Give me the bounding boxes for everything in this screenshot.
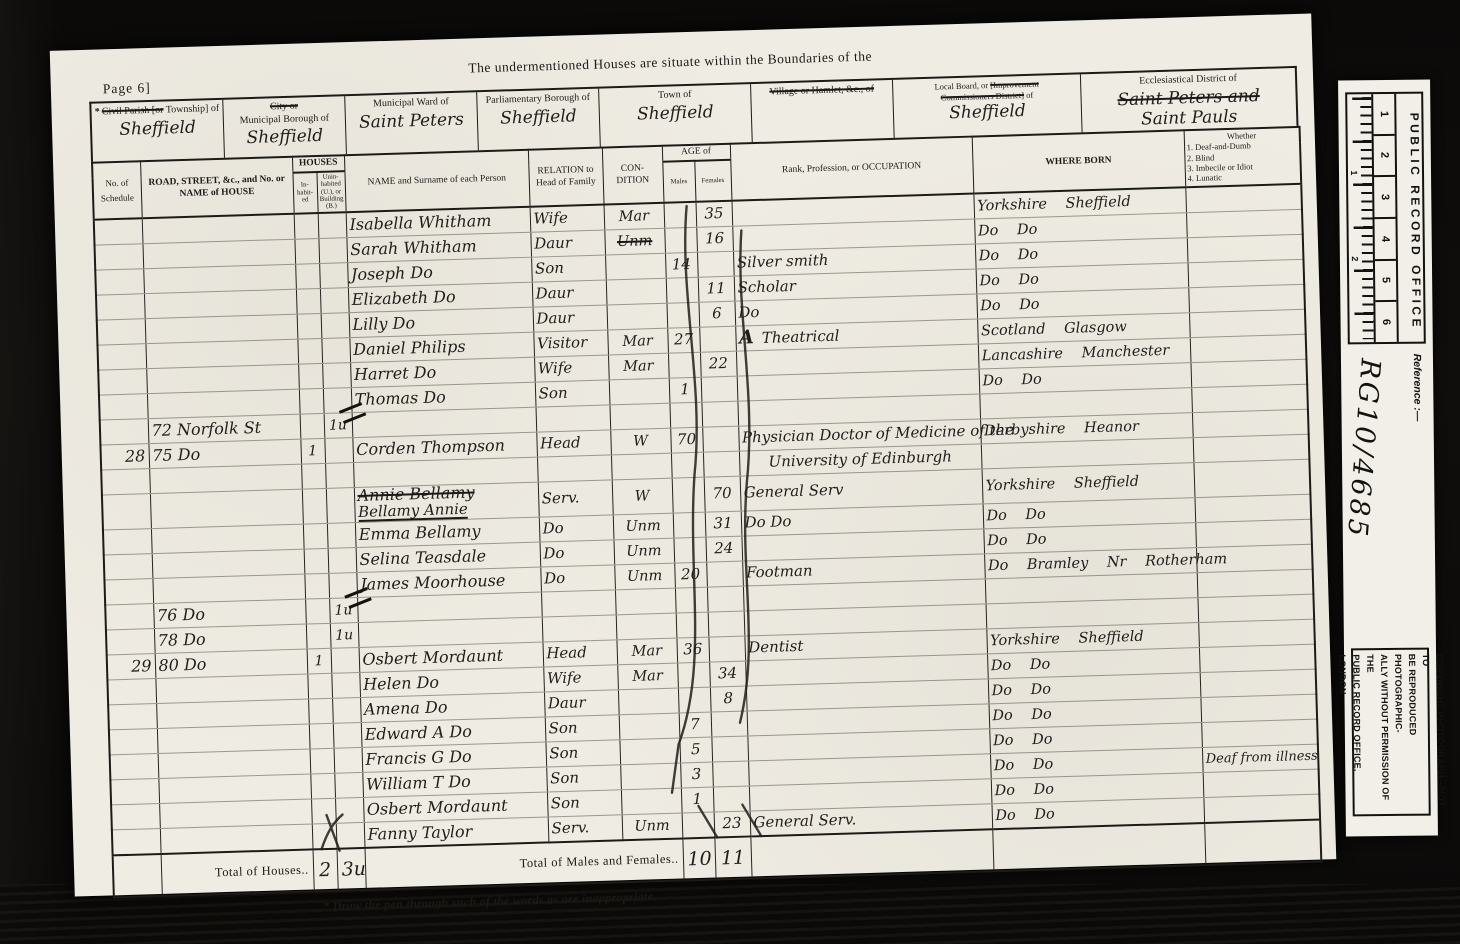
cell-age-f xyxy=(706,561,743,587)
cell-inh xyxy=(307,673,332,699)
cell-schedule xyxy=(102,494,151,530)
situate-line: The undermentioned Houses are situate wi… xyxy=(468,49,872,77)
cell-age-f: 22 xyxy=(700,351,737,377)
cell-relation: Son xyxy=(535,380,610,407)
cell-infirmity xyxy=(1190,334,1307,362)
cell-age-f: 70 xyxy=(704,476,741,512)
cell-condition: Mar xyxy=(616,638,677,665)
cell-uninh xyxy=(321,338,350,364)
cell-uninh xyxy=(320,288,349,314)
cell-age-m: 5 xyxy=(679,737,712,763)
cell-inh xyxy=(302,488,327,524)
cell-condition xyxy=(619,713,680,740)
cell-condition xyxy=(620,763,681,790)
list-item: 6 xyxy=(1375,302,1396,342)
cell-age-m: 3 xyxy=(680,762,713,788)
cell-inh xyxy=(296,288,321,314)
cell-schedule xyxy=(112,828,161,855)
col-males: Males xyxy=(662,160,695,202)
cell-infirmity xyxy=(1203,794,1320,823)
cell-condition: Mar xyxy=(607,328,668,355)
col-road: ROAD, STREET, &c., and No. or NAME of HO… xyxy=(140,157,294,218)
cell-infirmity xyxy=(1187,234,1304,262)
cell-age-m xyxy=(668,352,701,378)
cell-uninh xyxy=(334,747,363,773)
box-value: Sheffield xyxy=(896,102,1079,125)
cell-age-f xyxy=(701,401,738,427)
cell-condition: Unm xyxy=(614,563,675,590)
public-record-office-strip: 1 2 123456 PUBLIC RECORD OFFICE Referenc… xyxy=(1338,80,1438,837)
cell-name: Annie BellamyBellamy Annie xyxy=(354,482,539,522)
infirmity-list: 1. Deaf-and-Dumb2. Blind3. Imbecile or I… xyxy=(1186,139,1298,183)
cell-schedule xyxy=(109,728,158,754)
cell-inh xyxy=(299,388,324,414)
cell-age-m: 1 xyxy=(681,787,714,813)
ruler-inch-label: 2 xyxy=(1350,256,1360,261)
total-males: 10 xyxy=(682,837,715,880)
total-houses-label: Total of Houses.. xyxy=(161,849,314,895)
cell-inh xyxy=(294,238,319,264)
cell-age-f xyxy=(702,426,739,452)
cell-age-f xyxy=(712,761,749,787)
cell-relation xyxy=(536,405,611,432)
pro-title: PUBLIC RECORD OFFICE xyxy=(1396,94,1424,342)
box-label: Village or Hamlet, &c., of xyxy=(753,83,890,100)
cell-age-f xyxy=(711,711,748,737)
cell-age-m xyxy=(669,402,702,428)
cell-blank xyxy=(1204,819,1321,864)
cell-condition xyxy=(607,303,668,330)
cell-infirmity xyxy=(1189,309,1306,337)
cell-age-f: 35 xyxy=(696,201,733,228)
col-name: NAME and Surname of each Person xyxy=(344,150,530,212)
box-municipal-ward: Municipal Ward of Saint Peters xyxy=(345,92,479,154)
cell-relation: Do xyxy=(540,540,615,567)
cell-schedule xyxy=(107,678,156,704)
cell-age-f: 34 xyxy=(709,661,746,687)
cell-relation: Daur xyxy=(544,690,619,717)
cell-inh xyxy=(301,463,326,489)
box-label: *Civil Parish [or Township] of xyxy=(93,103,220,119)
cell-age-f xyxy=(707,586,744,612)
col-inhabited: In-habit-ed xyxy=(292,172,317,214)
col-occupation: Rank, Profession, or OCCUPATION xyxy=(730,137,974,201)
box-municipal-borough: City orMunicipal Borough of Sheffield xyxy=(223,96,347,158)
cell-uninh xyxy=(331,672,360,698)
cell-schedule xyxy=(103,529,152,555)
cell-uninh: 1u xyxy=(330,622,359,648)
cell-condition: Mar xyxy=(608,353,669,380)
box-label: Parliamentary Borough of xyxy=(479,92,596,108)
cell-infirmity xyxy=(1188,284,1305,312)
cell-age-m xyxy=(677,662,710,688)
cell-age-m: 70 xyxy=(670,427,703,453)
cell-schedule xyxy=(110,778,159,804)
cell-inh xyxy=(295,263,320,289)
cell-age-f xyxy=(713,786,750,812)
box-value xyxy=(754,98,891,102)
box-value: Sheffield xyxy=(602,103,749,125)
box-value: Saint Peters xyxy=(348,111,475,133)
box-value: Sheffield xyxy=(480,107,597,128)
cell-condition xyxy=(609,378,670,405)
cell-age-f: 8 xyxy=(710,686,747,712)
cell-age-m: 27 xyxy=(667,327,700,353)
reference-value: RG10/4685 xyxy=(1341,357,1386,540)
col-uninhabited: Unin-habited (U.), or Building (B.) xyxy=(316,171,345,213)
cell-name: Fanny Taylor xyxy=(364,817,549,848)
census-table-wrap: No. ofSchedule ROAD, STREET, &c., and No… xyxy=(91,126,1320,898)
cell-age-m xyxy=(673,512,706,538)
cell-blank xyxy=(992,823,1205,871)
cell-inh xyxy=(304,573,329,599)
cell-condition xyxy=(621,788,682,815)
cell-age-m: 14 xyxy=(665,252,698,278)
list-item: PUBLIC RECORD OFFICE, LONDON xyxy=(1334,654,1364,810)
cell-schedule: 28 xyxy=(100,444,149,470)
col-relation: RELATION to Head of Family xyxy=(528,148,604,207)
cell-uninh xyxy=(327,522,356,548)
box-ecclesiastical-district: Ecclesiastical District of Saint Peters … xyxy=(1081,68,1297,133)
list-item: 4 xyxy=(1374,219,1395,261)
cell-condition: Unm xyxy=(613,513,674,540)
box-parliamentary-borough: Parliamentary Borough of Sheffield xyxy=(477,89,601,151)
ruler-inch-label: 1 xyxy=(1349,170,1359,175)
cell-relation: Son xyxy=(546,765,621,792)
cell-relation: Serv. xyxy=(548,815,623,843)
cell-inh xyxy=(306,623,331,649)
list-item: 3 xyxy=(1374,177,1395,219)
cell-infirmity xyxy=(1195,494,1312,522)
cell-age-f: 16 xyxy=(696,226,733,252)
cell-relation: Wife xyxy=(530,204,605,232)
cell-schedule xyxy=(96,294,145,320)
cell-schedule xyxy=(104,554,153,580)
cell-infirmity xyxy=(1200,669,1317,697)
cell-relation: Do xyxy=(539,515,614,542)
cell-relation: Wife xyxy=(534,355,609,382)
list-item: ALLY WITHOUT PERMISSION OF THE xyxy=(1362,654,1392,810)
cell-condition: Unm xyxy=(622,813,683,840)
cell-schedule xyxy=(110,753,159,779)
cell-schedule xyxy=(99,394,148,420)
cell-schedule xyxy=(95,269,144,295)
list-item: COPYRIGHT PHOTOGRAPH—NOT TO xyxy=(1418,653,1448,809)
cell-age-m xyxy=(675,587,708,613)
col-schedule: No. ofSchedule xyxy=(92,161,142,219)
box-value-struck: Saint Peters and xyxy=(1083,87,1293,111)
cell-uninh xyxy=(334,772,363,798)
cell-condition xyxy=(611,453,672,480)
cell-inh: 1 xyxy=(300,438,325,464)
cell-infirmity: Deaf from illness xyxy=(1202,744,1319,772)
cell-schedule xyxy=(95,244,144,270)
cell-infirmity xyxy=(1203,769,1320,797)
list-item: 5 xyxy=(1375,261,1396,303)
cell-relation: Daur xyxy=(532,280,607,307)
cell-infirmity xyxy=(1197,594,1314,622)
cell-inh xyxy=(297,313,322,339)
cell-uninh xyxy=(335,797,364,823)
cell-condition xyxy=(619,738,680,765)
cell-age-m xyxy=(671,452,704,478)
cell-infirmity xyxy=(1191,359,1308,387)
cell-age-m xyxy=(666,277,699,303)
cell-age-m xyxy=(682,812,715,838)
cell-inh xyxy=(309,723,334,749)
box-local-board: Local Board, or [ImprovementCommissioner… xyxy=(893,74,1083,138)
ruler-number-cells: 123456 xyxy=(1373,94,1399,342)
cell-age-m xyxy=(673,537,706,563)
cell-schedule xyxy=(104,579,153,605)
cell-relation: Head xyxy=(542,640,617,667)
census-form-page: Page 6] The undermentioned Houses are si… xyxy=(50,13,1337,896)
cell-age-m xyxy=(664,202,697,228)
cell-inh xyxy=(308,698,333,724)
cell-condition xyxy=(605,253,666,280)
box-value: Sheffield xyxy=(94,118,221,140)
cell-uninh xyxy=(319,263,348,289)
cell-age-m: 7 xyxy=(679,712,712,738)
cell-infirmity xyxy=(1193,434,1310,462)
col-infirmity: Whether 1. Deaf-and-Dumb2. Blind3. Imbec… xyxy=(1184,127,1302,187)
cell-infirmity xyxy=(1195,519,1312,547)
cell-age-m: 36 xyxy=(676,637,709,663)
census-rows: Isabella WhithamWifeMar35Yorkshire Sheff… xyxy=(94,184,1320,856)
cell-uninh xyxy=(318,212,347,238)
cell-relation xyxy=(537,455,612,482)
copyright-box: COPYRIGHT PHOTOGRAPH—NOT TOBE REPRODUCED… xyxy=(1351,648,1431,817)
cell-schedule: 29 xyxy=(107,653,156,679)
cell-inh xyxy=(297,338,322,364)
cell-inh xyxy=(312,823,337,849)
col-houses: HOUSES xyxy=(292,155,344,172)
page-number: Page 6] xyxy=(103,80,151,97)
cell-schedule xyxy=(106,628,155,654)
cell-infirmity xyxy=(1188,259,1305,287)
cell-condition: Unm xyxy=(604,228,665,255)
reference-label: Reference :— xyxy=(1411,354,1424,422)
cell-blank xyxy=(113,854,162,897)
cell-condition xyxy=(618,688,679,715)
cell-condition xyxy=(609,403,670,430)
box-town: Town of Sheffield xyxy=(599,84,753,147)
cell-schedule xyxy=(97,319,146,345)
cell-uninh xyxy=(336,822,365,848)
cell-inh xyxy=(305,598,330,624)
cell-condition: W xyxy=(612,478,673,515)
cell-condition: Unm xyxy=(613,538,674,565)
box-village-hamlet: Village or Hamlet, &c., of xyxy=(751,80,895,142)
cell-inh xyxy=(304,548,329,574)
cell-infirmity xyxy=(1197,569,1314,597)
cell-relation: Do xyxy=(540,565,615,592)
cell-infirmity xyxy=(1191,384,1308,412)
cell-infirmity xyxy=(1198,619,1315,647)
cell-inh xyxy=(303,523,328,549)
cell-inh xyxy=(310,748,335,774)
cell-relation: Son xyxy=(545,740,620,767)
cell-uninh xyxy=(332,697,361,723)
cell-relation: Wife xyxy=(543,665,618,692)
cell-age-m: 1 xyxy=(669,377,702,403)
cell-age-f xyxy=(711,736,748,762)
cell-uninh xyxy=(333,722,362,748)
cell-infirmity xyxy=(1201,719,1318,747)
col-born: WHERE BORN xyxy=(972,130,1186,193)
cell-age-f xyxy=(708,611,745,637)
cell-relation: Visitor xyxy=(533,330,608,357)
cell-inh xyxy=(298,363,323,389)
cell-inh xyxy=(311,798,336,824)
cell-infirmity xyxy=(1193,459,1310,497)
pro-reference-section: Reference :— RG10/4685 xyxy=(1341,344,1436,645)
cell-infirmity xyxy=(1200,694,1317,722)
col-condition: CON-DITION xyxy=(602,146,664,204)
cell-condition xyxy=(616,613,677,640)
box-civil-parish: *Civil Parish [or Township] of Sheffield xyxy=(91,100,225,162)
cell-schedule xyxy=(101,469,150,495)
cell-age-f: 24 xyxy=(705,536,742,562)
cell-uninh xyxy=(318,238,347,264)
cell-age-f xyxy=(708,636,745,662)
scanned-census-photograph: Page 6] The undermentioned Houses are si… xyxy=(0,0,1460,944)
cell-inh xyxy=(300,413,325,439)
cell-age-f xyxy=(701,376,738,402)
box-label: Local Board, or [ImprovementCommissioner… xyxy=(895,77,1079,104)
cell-relation: Son xyxy=(531,255,606,282)
cell-relation: Daur xyxy=(533,305,608,332)
cell-relation: Head xyxy=(536,430,611,457)
cell-uninh xyxy=(331,647,360,673)
cell-age-m xyxy=(676,612,709,638)
total-females: 11 xyxy=(714,836,751,879)
cell-relation xyxy=(542,615,617,642)
cell-age-f: 11 xyxy=(698,276,735,302)
cell-age-f xyxy=(703,451,740,477)
pro-ruler: 1 2 123456 PUBLIC RECORD OFFICE xyxy=(1345,92,1426,345)
box-value: Sheffield xyxy=(226,127,343,148)
cell-blank xyxy=(750,829,993,878)
cell-age-m xyxy=(664,227,697,253)
list-item: BE REPRODUCED PHOTOGRAPHIC- xyxy=(1390,654,1420,810)
copyright-text: COPYRIGHT PHOTOGRAPH—NOT TOBE REPRODUCED… xyxy=(1334,653,1447,810)
cell-age-m xyxy=(672,477,705,513)
ruler-ticks: 1 2 xyxy=(1347,94,1376,342)
cell-age-f xyxy=(697,251,734,277)
total-houses-inhabited: 2 xyxy=(313,849,338,892)
cell-uninh xyxy=(326,487,355,523)
cell-relation: Daur xyxy=(530,230,605,257)
cell-infirmity xyxy=(1199,644,1316,672)
cell-uninh xyxy=(328,547,357,573)
cell-infirmity xyxy=(1186,209,1303,237)
cell-infirmity xyxy=(1185,184,1302,213)
cell-condition: Mar xyxy=(617,663,678,690)
box-label: Town of xyxy=(601,87,748,104)
cell-road xyxy=(150,489,303,528)
cell-relation: Son xyxy=(545,715,620,742)
list-item: 4. Lunatic xyxy=(1187,170,1298,183)
box-label: City orMunicipal Borough of xyxy=(225,99,343,127)
list-item: 1 xyxy=(1373,94,1394,136)
cell-relation: Serv. xyxy=(538,480,613,517)
cell-schedule xyxy=(108,703,157,729)
cell-uninh xyxy=(321,313,350,339)
cell-condition: Mar xyxy=(604,203,665,230)
cell-condition xyxy=(606,278,667,305)
cell-infirmity xyxy=(1192,409,1309,437)
cell-relation: Son xyxy=(547,790,622,817)
cell-inh xyxy=(294,213,319,239)
cell-condition xyxy=(615,588,676,615)
cell-schedule xyxy=(97,344,146,370)
cell-age-f: 6 xyxy=(698,301,735,327)
cell-schedule xyxy=(98,369,147,395)
cell-inh xyxy=(310,773,335,799)
cell-schedule xyxy=(105,604,154,630)
cell-age-m xyxy=(678,687,711,713)
cell-uninh xyxy=(324,438,353,464)
cell-schedule xyxy=(100,419,149,445)
cell-age-f: 23 xyxy=(714,811,751,838)
cell-age-m: 20 xyxy=(674,562,707,588)
cell-age-f: 31 xyxy=(705,511,742,537)
cell-uninh xyxy=(322,363,351,389)
cell-uninh xyxy=(325,463,354,489)
cell-schedule xyxy=(94,218,143,245)
cell-age-m xyxy=(666,302,699,328)
cell-schedule xyxy=(111,803,160,829)
cell-age-f xyxy=(699,326,736,352)
list-item: 2 xyxy=(1374,136,1395,178)
cell-condition: W xyxy=(610,428,671,455)
census-table: No. ofSchedule ROAD, STREET, &c., and No… xyxy=(91,126,1322,898)
total-houses-uninhabited: 3u xyxy=(337,848,366,891)
scanner-glare xyxy=(0,0,60,944)
cell-inh: 1 xyxy=(307,648,332,674)
col-females: Females xyxy=(694,159,731,201)
cell-relation xyxy=(541,590,616,617)
